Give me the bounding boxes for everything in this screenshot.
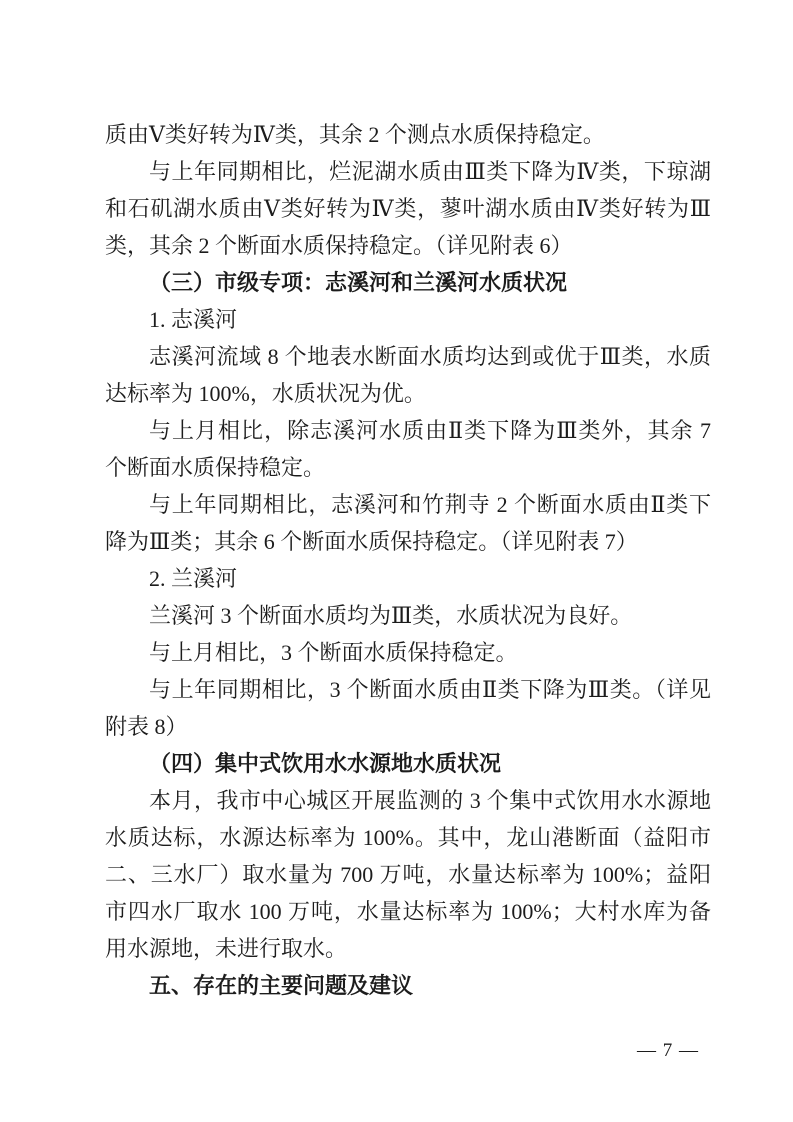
paragraph: 与上年同期相比，3 个断面水质由Ⅱ类下降为Ⅲ类。（详见附表 8） (105, 671, 711, 745)
paragraph: 志溪河流域 8 个地表水断面水质均达到或优于Ⅲ类，水质达标率为 100%，水质状… (105, 338, 711, 412)
paragraph-continuation: 质由Ⅴ类好转为Ⅳ类，其余 2 个测点水质保持稳定。 (105, 116, 711, 153)
paragraph: 兰溪河 3 个断面水质均为Ⅲ类，水质状况为良好。 (105, 597, 711, 634)
document-body: 质由Ⅴ类好转为Ⅳ类，其余 2 个测点水质保持稳定。 与上年同期相比，烂泥湖水质由… (105, 116, 711, 1004)
paragraph: 与上月相比，除志溪河水质由Ⅱ类下降为Ⅲ类外，其余 7 个断面水质保持稳定。 (105, 412, 711, 486)
section-heading-5: 五、存在的主要问题及建议 (105, 967, 711, 1004)
section-heading-4: （四）集中式饮用水水源地水质状况 (105, 745, 711, 782)
paragraph: 本月，我市中心城区开展监测的 3 个集中式饮用水水源地水质达标，水源达标率为 1… (105, 782, 711, 967)
document-page: 质由Ⅴ类好转为Ⅳ类，其余 2 个测点水质保持稳定。 与上年同期相比，烂泥湖水质由… (0, 0, 793, 1122)
paragraph: 与上年同期相比，志溪河和竹荆寺 2 个断面水质由Ⅱ类下降为Ⅲ类；其余 6 个断面… (105, 486, 711, 560)
subsection-heading-1-zhixi-river: 1. 志溪河 (105, 301, 711, 338)
page-number: — 7 — (637, 1040, 699, 1062)
paragraph: 与上月相比，3 个断面水质保持稳定。 (105, 634, 711, 671)
section-heading-3: （三）市级专项：志溪河和兰溪河水质状况 (105, 264, 711, 301)
subsection-heading-2-lanxi-river: 2. 兰溪河 (105, 560, 711, 597)
paragraph: 与上年同期相比，烂泥湖水质由Ⅲ类下降为Ⅳ类，下琼湖和石矶湖水质由Ⅴ类好转为Ⅳ类，… (105, 153, 711, 264)
